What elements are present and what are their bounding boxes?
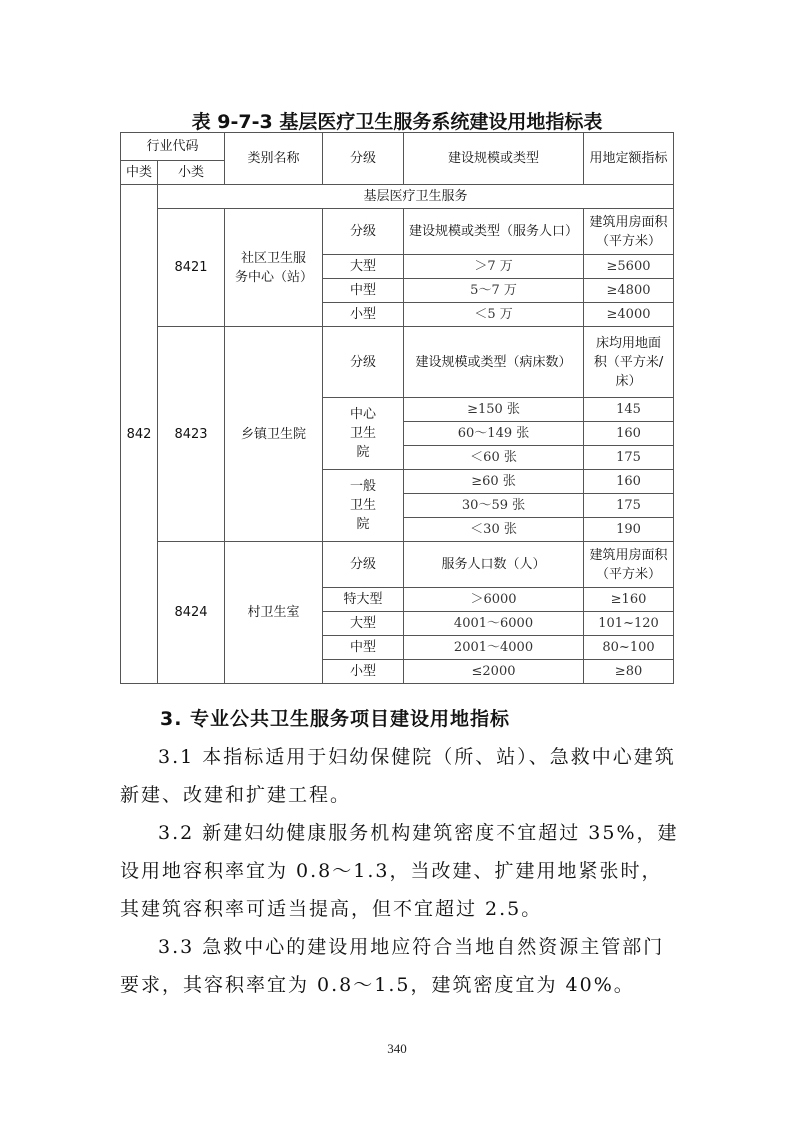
section-label-row: 基层医疗卫生服务	[158, 185, 674, 209]
grade-cell: 小型	[323, 660, 404, 684]
scale-cell: ＞7 万	[404, 255, 584, 279]
name-8421: 社区卫生服务中心（站）	[225, 209, 323, 327]
header-grade: 分级	[323, 133, 404, 185]
quota-cell: 145	[584, 398, 674, 422]
grade-cell: 特大型	[323, 588, 404, 612]
subheader-quota: 床均用地面积（平方米/床）	[584, 327, 674, 398]
land-use-index-table: 行业代码 类别名称 分级 建设规模或类型 用地定额指标 中类 小类 842 基层…	[120, 132, 674, 684]
scale-cell: ≤2000	[404, 660, 584, 684]
page-number: 340	[0, 1041, 794, 1057]
paragraph-3-2: 3.2 新建妇幼健康服务机构建筑密度不宜超过 35%，建设用地容积率宜为 0.8…	[120, 814, 680, 928]
scale-cell: 30～59 张	[404, 494, 584, 518]
table-title: 表 9-7-3 基层医疗卫生服务系统建设用地指标表	[0, 107, 794, 134]
code-8423: 8423	[158, 327, 225, 542]
grade-cell: 中型	[323, 636, 404, 660]
header-category-name: 类别名称	[225, 133, 323, 185]
scale-cell: 60～149 张	[404, 422, 584, 446]
quota-cell: 175	[584, 494, 674, 518]
scale-cell: ≥150 张	[404, 398, 584, 422]
subheader-quota: 建筑用房面积（平方米）	[584, 209, 674, 255]
header-industry-code: 行业代码	[121, 133, 225, 161]
grade-central-health-center: 中心卫生院	[323, 398, 404, 470]
header-scale-type: 建设规模或类型	[404, 133, 584, 185]
section-heading: 3. 专业公共卫生服务项目建设用地指标	[160, 700, 680, 738]
quota-cell: 101~120	[584, 612, 674, 636]
grade-cell: 中型	[323, 279, 404, 303]
paragraph-3-1: 3.1 本指标适用于妇幼保健院（所、站）、急救中心建筑新建、改建和扩建工程。	[120, 738, 680, 814]
header-land-quota: 用地定额指标	[584, 133, 674, 185]
quota-cell: 175	[584, 446, 674, 470]
quota-cell: ≥4800	[584, 279, 674, 303]
grade-general-health-center: 一般卫生院	[323, 470, 404, 542]
paragraph-3-3: 3.3 急救中心的建设用地应符合当地自然资源主管部门要求，其容积率宜为 0.8～…	[120, 928, 680, 1004]
header-sub-class: 小类	[158, 161, 225, 185]
subheader-scale: 建设规模或类型（服务人口）	[404, 209, 584, 255]
quota-cell: 80~100	[584, 636, 674, 660]
scale-cell: ＜60 张	[404, 446, 584, 470]
quota-cell: 160	[584, 422, 674, 446]
quota-cell: ≥80	[584, 660, 674, 684]
name-8424: 村卫生室	[225, 542, 323, 684]
subheader-scale: 建设规模或类型（病床数）	[404, 327, 584, 398]
grade-cell: 大型	[323, 612, 404, 636]
subheader-grade: 分级	[323, 209, 404, 255]
subheader-grade: 分级	[323, 327, 404, 398]
scale-cell: ≥60 张	[404, 470, 584, 494]
quota-cell: 160	[584, 470, 674, 494]
header-mid-class: 中类	[121, 161, 158, 185]
quota-cell: ≥5600	[584, 255, 674, 279]
scale-cell: 4001～6000	[404, 612, 584, 636]
code-8424: 8424	[158, 542, 225, 684]
scale-cell: ＜5 万	[404, 303, 584, 327]
subheader-grade: 分级	[323, 542, 404, 588]
quota-cell: ≥4000	[584, 303, 674, 327]
code-8421: 8421	[158, 209, 225, 327]
mid-code-cell: 842	[121, 185, 158, 684]
scale-cell: ＞6000	[404, 588, 584, 612]
name-8423: 乡镇卫生院	[225, 327, 323, 542]
subheader-scale: 服务人口数（人）	[404, 542, 584, 588]
grade-cell: 小型	[323, 303, 404, 327]
grade-cell: 大型	[323, 255, 404, 279]
scale-cell: ＜30 张	[404, 518, 584, 542]
quota-cell: 190	[584, 518, 674, 542]
quota-cell: ≥160	[584, 588, 674, 612]
scale-cell: 5～7 万	[404, 279, 584, 303]
scale-cell: 2001～4000	[404, 636, 584, 660]
subheader-quota: 建筑用房面积（平方米）	[584, 542, 674, 588]
